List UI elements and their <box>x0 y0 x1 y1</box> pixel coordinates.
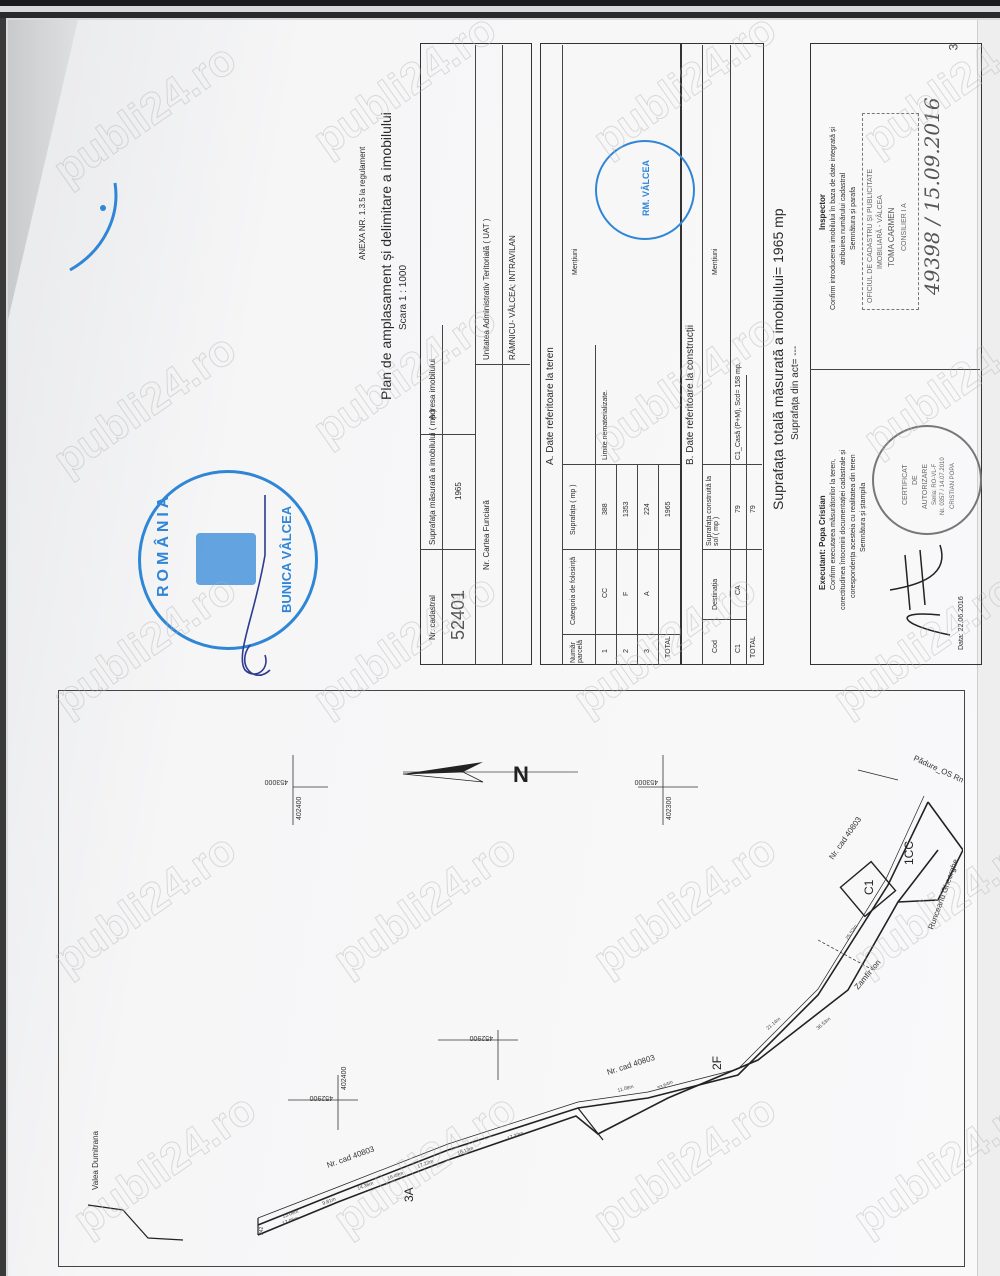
neighbor-label: Runceanu Gheorghe <box>926 857 960 930</box>
executant-line-1: Confirm executarea măsurătorilor la tere… <box>830 459 837 590</box>
cadastral-label: Nr. cadastral <box>428 595 437 640</box>
cf-label: Nr. Cartea Funciară <box>482 500 491 570</box>
north-arrow-icon: N <box>403 762 578 787</box>
page-title: Plan de amplasament și delimitare a imob… <box>378 112 394 400</box>
parcel-label: 1CC <box>902 841 916 865</box>
inspector-stamp: OFICIUL DE CADASTRU ȘI PUBLICITATE IMOBI… <box>862 113 919 310</box>
svg-text:14.36m: 14.36m <box>357 1181 375 1192</box>
svg-text:242: 242 <box>259 1226 265 1235</box>
col-header-built-area: Suprafața construită la sol ( mp ) <box>706 466 720 546</box>
mayor-signature <box>225 495 285 685</box>
neighbor-label: Nr. cad 40803 <box>606 1053 657 1077</box>
svg-text:33.64m: 33.64m <box>656 1079 674 1091</box>
top-border <box>0 0 1000 6</box>
ancpi-stamp: RM. VÂLCEA <box>595 140 695 240</box>
uat-value: RÂMNICU- VÂLCEA; INTRAVILAN <box>508 235 517 360</box>
cadastral-map: 453000 402400 453000 402300 452900 40240… <box>58 690 963 1265</box>
section-b-title: B. Date referitoare la construcții <box>685 325 696 465</box>
authorization-stamp: CERTIFICAT DE AUTORIZARE Seria: RO-VL-F … <box>872 425 982 535</box>
cadastral-value: 52401 <box>448 590 469 640</box>
total-label: TOTAL <box>665 636 672 658</box>
neighbor-label: Valea Dumitrana <box>91 1130 100 1190</box>
inspector-line-2: atribuirea numărului cadastral <box>840 173 847 265</box>
parcel-number: 1 <box>602 649 609 653</box>
page-mark: 3 <box>946 44 960 51</box>
parcel-area: 388 <box>602 503 609 515</box>
surface-label: Suprafața măsurată a imobilului ( mp ) <box>428 409 437 545</box>
surface-value: 1965 <box>454 482 463 500</box>
neighbor-label: Nr. cad 40803 <box>827 815 863 861</box>
svg-text:N: N <box>513 762 529 787</box>
neighbor-label: Pădure_OS Rm. Vâlcea <box>912 754 963 798</box>
top-border-inner <box>0 12 1000 18</box>
annex-label: ANEXA NR. 1.3.5 la regulament <box>358 147 367 260</box>
col-header-area: Suprafața ( mp ) <box>570 475 577 535</box>
svg-text:16.13m: 16.13m <box>457 1146 475 1157</box>
parcel-area: 1353 <box>623 501 630 517</box>
address-label: Adresa imobilului <box>428 359 437 420</box>
executant-title: Executant: Popa Cristian <box>818 495 827 590</box>
inspector-handwritten-registration: 49398 / 15.09.2016 <box>920 97 944 295</box>
total-area: 1965 <box>665 501 672 517</box>
section-a-note: Limite nematerializate. <box>602 390 609 460</box>
parcel-area: 224 <box>644 503 651 515</box>
grid-label: 452900 <box>310 1094 333 1101</box>
col-header-parcel: Număr parcelă <box>570 635 584 663</box>
svg-text:21.14m: 21.14m <box>765 1016 782 1031</box>
inspector-sign-label: Semnătura și parafa <box>850 187 857 250</box>
partial-stamp <box>65 175 125 275</box>
executant-line-2: corectitudinea întocmirii documentației … <box>840 450 847 610</box>
parcel-category: CC <box>602 588 609 598</box>
building-note: C1_Casă (P+M), Scd= 158 mp. <box>735 362 742 460</box>
svg-text:11.08m: 11.08m <box>617 1084 634 1094</box>
b-total-label: TOTAL <box>750 636 757 658</box>
parcel-label: 2F <box>710 1056 724 1070</box>
grid-label: 453000 <box>635 778 658 785</box>
scale-label: Scara 1 : 1000 <box>398 265 409 330</box>
col-header-mentions: Mențiuni <box>572 249 579 275</box>
col-header-category: Categoria de folosință <box>570 555 577 625</box>
neighbor-label: Nr. cad 40803 <box>326 1144 376 1170</box>
parcel-label: 3A <box>402 1187 416 1202</box>
parcel-category: A <box>644 591 651 596</box>
building-label: C1 <box>862 879 876 895</box>
total-surface: Suprafața totală măsurată a imobilului= … <box>770 208 786 510</box>
inspector-line-1: Confirm introducerea imobilului în baza … <box>830 127 837 310</box>
grid-label: 453000 <box>265 778 288 785</box>
col-header-code: Cod <box>712 640 719 653</box>
col-header-b-mentions: Mențiuni <box>712 249 719 275</box>
executant-line-3: corespondența acesteia cu realitatea din… <box>850 454 857 598</box>
act-surface: Suprafața din act= --- <box>790 346 801 440</box>
grid-label: 452900 <box>470 1034 493 1041</box>
executant-sign-label: Semnătura și ștampila <box>860 483 867 552</box>
grid-label: 402400 <box>296 797 303 820</box>
grid-label: 402400 <box>341 1067 348 1090</box>
col-header-destination: Destinația <box>712 579 719 610</box>
inspector-title: Inspector <box>818 194 827 230</box>
parcel-category: F <box>623 592 630 596</box>
building-code: C1 <box>735 644 742 653</box>
building-area: 79 <box>735 505 742 513</box>
left-edge <box>0 18 6 1276</box>
section-a-title: A. Date referitoare la teren <box>545 347 556 465</box>
parcel-number: 3 <box>644 649 651 653</box>
b-total-area: 79 <box>750 505 757 513</box>
grid-label: 402300 <box>666 797 673 820</box>
parcel-number: 2 <box>623 649 630 653</box>
svg-text:36.53m: 36.53m <box>815 1016 832 1031</box>
building-destination: CA <box>735 585 742 595</box>
svg-text:17.33m: 17.33m <box>507 1131 525 1142</box>
executant-signature <box>880 535 960 645</box>
uat-label: Unitatea Administrativ Teritorială ( UAT… <box>482 219 491 360</box>
